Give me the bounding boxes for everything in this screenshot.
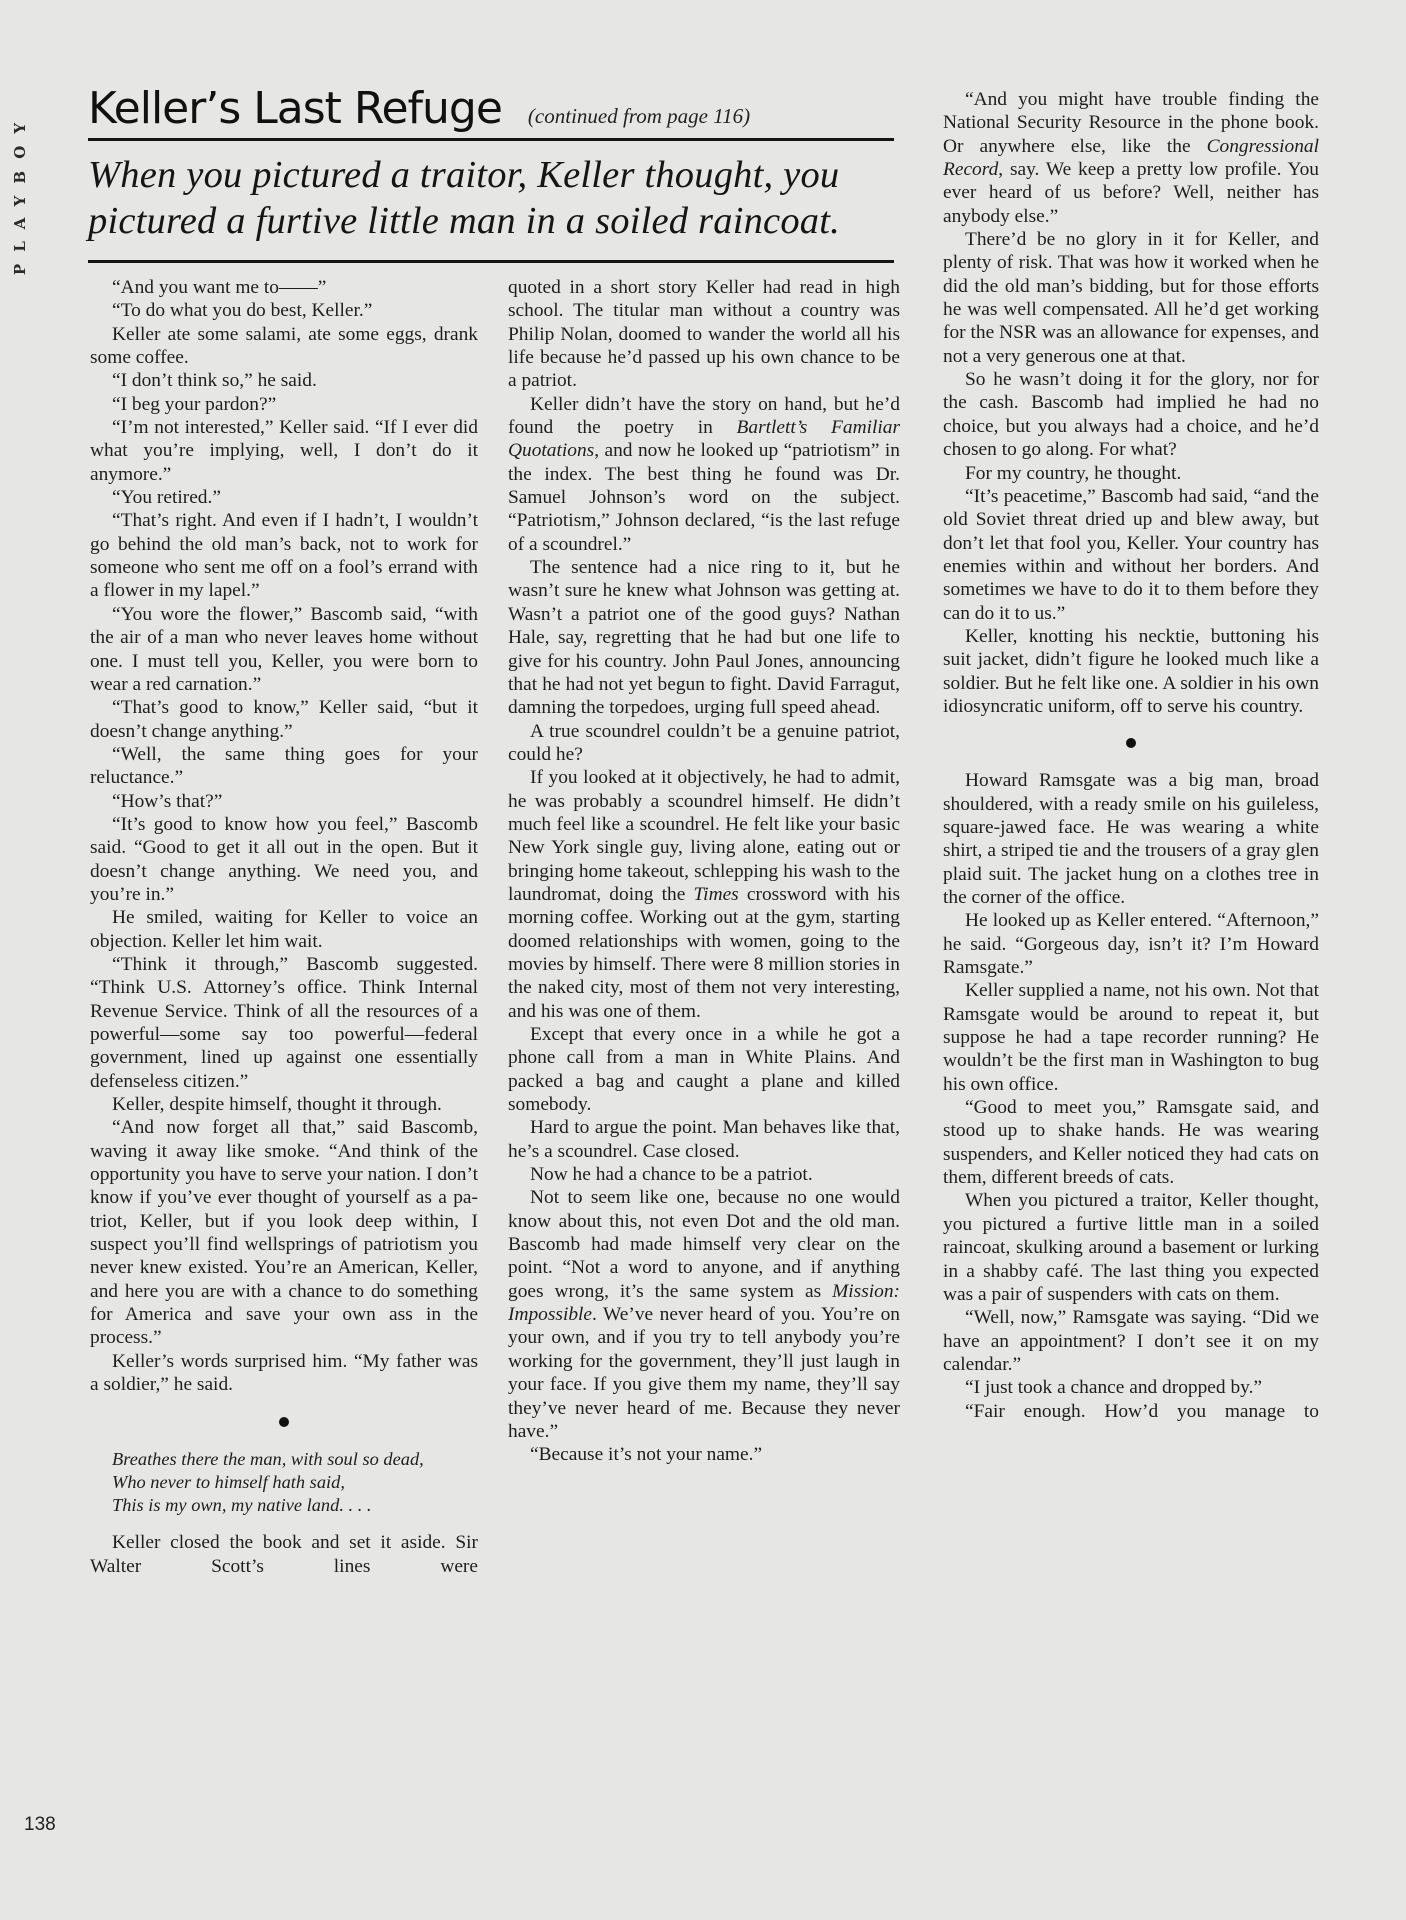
article-title: Keller’s Last Refuge — [88, 84, 502, 134]
section-break-bullet — [279, 1417, 289, 1427]
paragraph: “I beg your pardon?” — [90, 393, 478, 416]
paragraph: Hard to argue the point. Man be­haves li… — [508, 1116, 900, 1163]
paragraph: “Fair enough. How’d you manage to — [943, 1400, 1319, 1423]
title-rule — [88, 138, 894, 141]
paragraph: Keller ate some salami, ate some eggs, d… — [90, 323, 478, 370]
text-column-2: quoted in a short story Keller had read … — [508, 276, 900, 1467]
paragraph: “How’s that?” — [90, 790, 478, 813]
paragraph: “And now forget all that,” said Bas­comb… — [90, 1116, 478, 1349]
paragraph: quoted in a short story Keller had read … — [508, 276, 900, 393]
paragraph: “I just took a chance and dropped by.” — [943, 1376, 1319, 1399]
paragraph: “Well, the same thing goes for your relu… — [90, 743, 478, 790]
paragraph: Keller closed the book and set it aside.… — [90, 1531, 478, 1578]
paragraph: A true scoundrel couldn’t be a gen­uine … — [508, 720, 900, 767]
paragraph: “Think it through,” Bascomb sug­gested. … — [90, 953, 478, 1093]
paragraph: Keller supplied a name, not his own. Not… — [943, 979, 1319, 1096]
paragraph: Howard Ramsgate was a big man, broad sho… — [943, 769, 1319, 909]
magazine-side-label: PLAYBOY — [8, 96, 32, 296]
pull-quote: When you pictured a traitor, Keller thou… — [88, 152, 898, 244]
paragraph: “Good to meet you,” Ramsgate said, and s… — [943, 1096, 1319, 1189]
magazine-name: PLAYBOY — [11, 93, 29, 293]
newspaper-title: Times — [693, 884, 738, 905]
paragraph: “That’s right. And even if I hadn’t, I w… — [90, 509, 478, 602]
pull-quote-rule — [88, 260, 894, 263]
paragraph: “I don’t think so,” he said. — [90, 369, 478, 392]
paragraph: Keller didn’t have the story on hand, bu… — [508, 393, 900, 556]
page-number: 138 — [24, 1814, 56, 1836]
article-header: Keller’s Last Refuge (continued from pag… — [88, 84, 894, 134]
paragraph: “It’s good to know how you feel,” Bascom… — [90, 813, 478, 906]
paragraph: For my country, he thought. — [943, 462, 1319, 485]
paragraph: The sentence had a nice ring to it, but … — [508, 556, 900, 719]
paragraph: “Well, now,” Ramsgate was saying. “Did w… — [943, 1306, 1319, 1376]
section-break-bullet — [1126, 738, 1136, 748]
paragraph: He looked up as Keller entered. “Af­tern… — [943, 909, 1319, 979]
paragraph: Keller’s words surprised him. “My father… — [90, 1350, 478, 1397]
paragraph: “That’s good to know,” Keller said, “but… — [90, 696, 478, 743]
paragraph: If you looked at it objectively, he had … — [508, 766, 900, 1023]
paragraph: “You wore the flower,” Bascomb said, “wi… — [90, 603, 478, 696]
paragraph: Except that every once in a while he got… — [508, 1023, 900, 1116]
paragraph: “And you might have trouble finding the … — [943, 88, 1319, 228]
paragraph: “I’m not interested,” Keller said. “If I… — [90, 416, 478, 486]
paragraph: There’d be no glory in it for Keller, an… — [943, 228, 1319, 368]
verse-line: Who never to himself hath said, — [112, 1471, 478, 1494]
paragraph: So he wasn’t doing it for the glory, nor… — [943, 368, 1319, 461]
paragraph: Keller, despite himself, thought it thro… — [90, 1093, 478, 1116]
verse-line: Breathes there the man, with soul so dea… — [112, 1448, 478, 1471]
paragraph: Keller, knotting his necktie, button­ing… — [943, 625, 1319, 718]
paragraph: Now he had a chance to be a patriot. — [508, 1163, 900, 1186]
verse-line: This is my own, my native land. . . . — [112, 1494, 478, 1517]
paragraph: When you pictured a traitor, Keller thou… — [943, 1189, 1319, 1306]
verse-quote: Breathes there the man, with soul so dea… — [112, 1448, 478, 1518]
paragraph: “And you want me to——” — [90, 276, 478, 299]
paragraph: Not to seem like one, because no one wou… — [508, 1186, 900, 1443]
paragraph: “To do what you do best, Keller.” — [90, 299, 478, 322]
continued-note: (continued from page 116) — [528, 104, 750, 129]
paragraph: “It’s peacetime,” Bascomb had said, “and… — [943, 485, 1319, 625]
paragraph: “You retired.” — [90, 486, 478, 509]
text-column-1: “And you want me to——” “To do what you d… — [90, 276, 478, 1578]
paragraph: “Because it’s not your name.” — [508, 1443, 900, 1466]
paragraph: He smiled, waiting for Keller to voice a… — [90, 906, 478, 953]
text-column-3: “And you might have trouble finding the … — [943, 88, 1319, 1423]
